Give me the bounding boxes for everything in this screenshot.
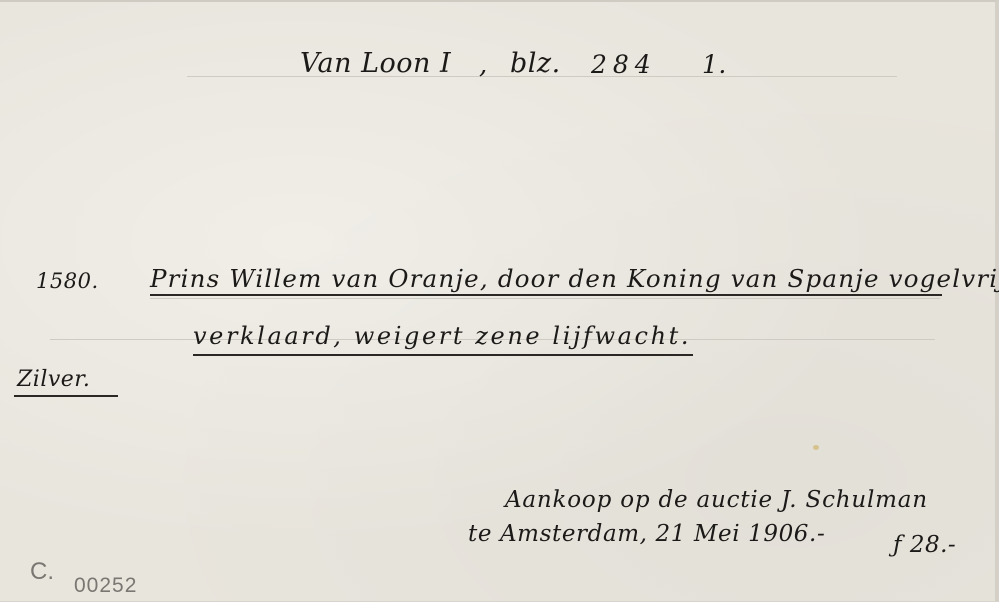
rule-line bbox=[150, 298, 940, 299]
material-underline bbox=[14, 395, 118, 397]
paper-stain bbox=[813, 445, 819, 450]
description-line-1: Prins Willem van Oranje, door den Koning… bbox=[150, 264, 999, 293]
year: 1580. bbox=[36, 269, 99, 293]
material: Zilver. bbox=[17, 367, 90, 392]
price: ƒ 28.- bbox=[893, 532, 956, 558]
reference-separator: , bbox=[479, 50, 488, 80]
pencil-mark: C. bbox=[30, 558, 54, 586]
description-underline-1 bbox=[150, 294, 942, 296]
description-line-2: verklaard, weigert zene lijfwacht. bbox=[193, 322, 691, 350]
description-underline-2 bbox=[193, 354, 693, 356]
inventory-number: 00252 bbox=[74, 574, 137, 598]
catalog-card: Van Loon I , blz. 284 1. 1580. Prins Wil… bbox=[0, 0, 999, 602]
acquisition-line-1: Aankoop op de auctie J. Schulman bbox=[505, 487, 928, 513]
acquisition-line-2: te Amsterdam, 21 Mei 1906.- bbox=[468, 521, 825, 547]
reference-page-number: 284 bbox=[591, 50, 657, 79]
reference-author: Van Loon I bbox=[300, 48, 451, 79]
reference-page-label: blz. bbox=[510, 48, 561, 79]
reference-item-number: 1. bbox=[702, 50, 727, 79]
